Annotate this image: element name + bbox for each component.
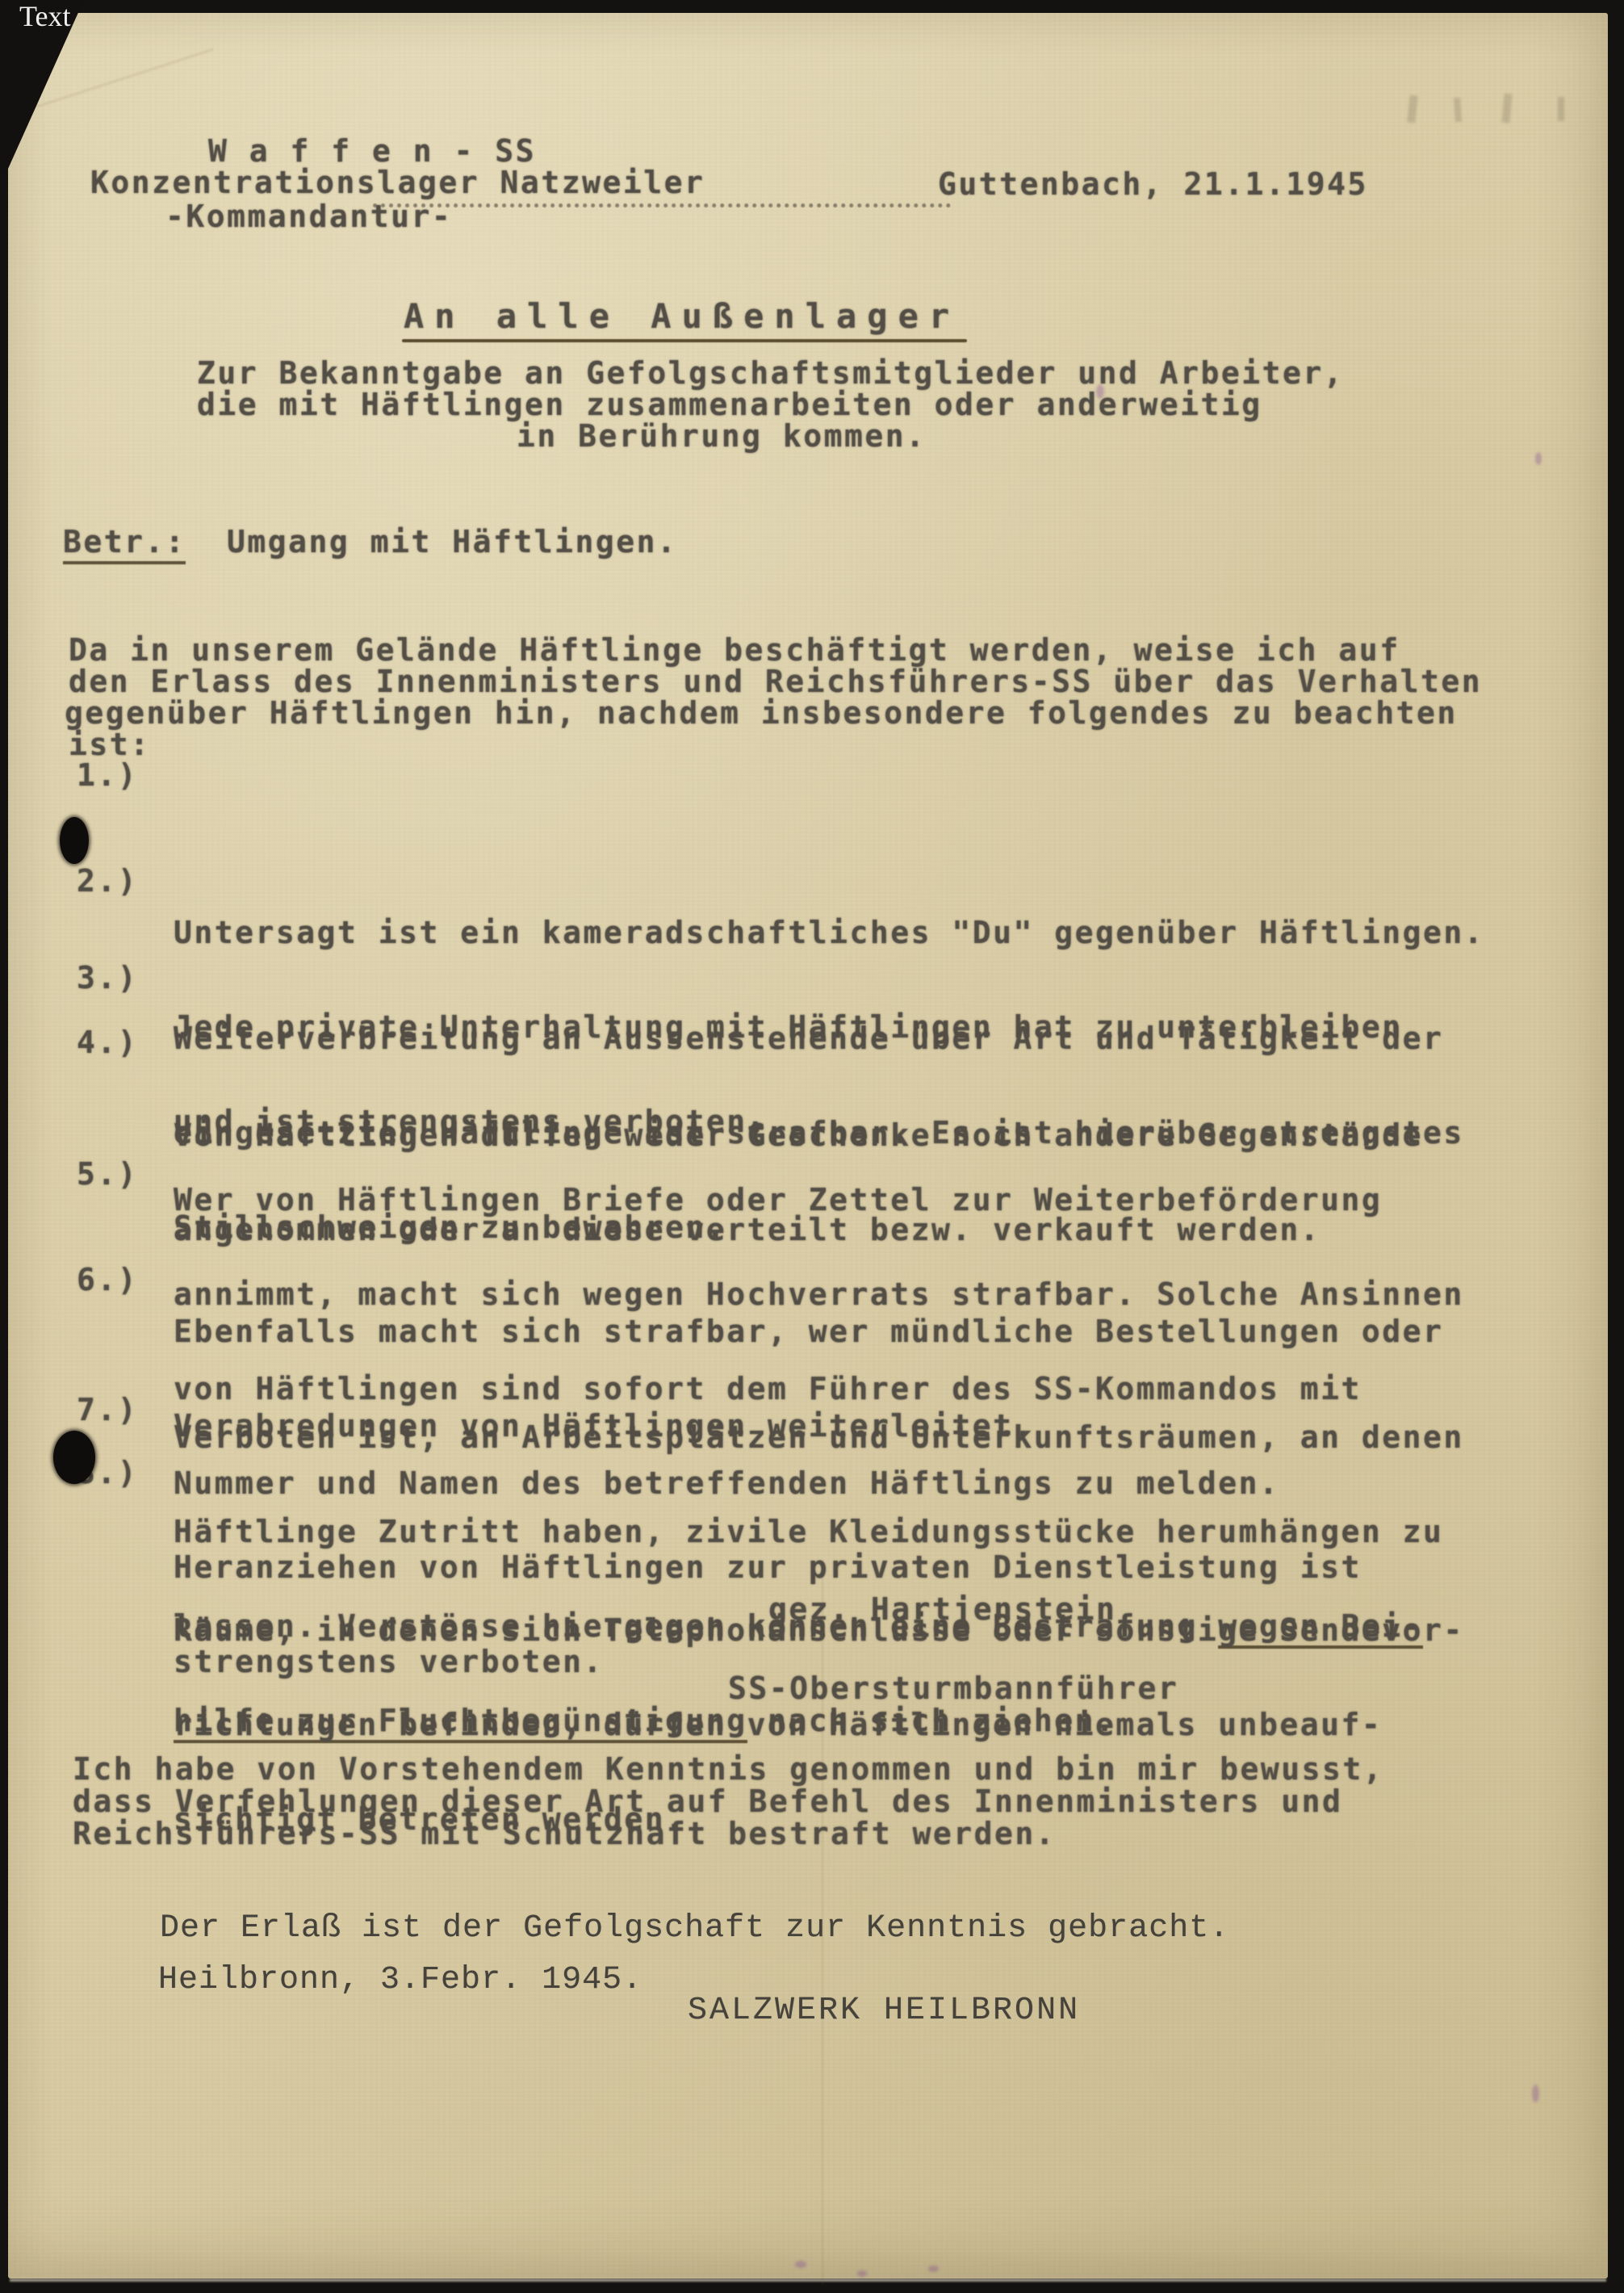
footer-place-date: Heilbronn, 3.Febr. 1945.: [158, 1964, 642, 1997]
pencil-mark: [1558, 97, 1564, 121]
item-number: 1.): [77, 760, 138, 791]
letterhead-unit: W a f f e n - SS: [208, 136, 536, 167]
intro-line: ist:: [69, 729, 151, 761]
item-number: 6.): [77, 1264, 138, 1296]
letterhead-dept: -Kommandantur-: [165, 201, 452, 233]
hole-punch: [60, 817, 89, 864]
subject-row: Betr.: Umgang mit Häftlingen.: [63, 526, 677, 558]
letterhead-camp: Konzentrationslager Natzweiler: [90, 167, 705, 199]
item-number: 2.): [77, 866, 138, 897]
stamp-trace: [857, 2270, 867, 2277]
item-number: 3.): [77, 962, 138, 994]
ink-smudge: [1532, 2085, 1539, 2102]
intro-line: gegenüber Häftlingen hin, nachdem insbes…: [65, 698, 1458, 729]
acknowledgment-line: Reichsführers-SS mit Schutzhaft bestraft…: [73, 1818, 1056, 1850]
subject-label: Betr.:: [63, 524, 186, 564]
place-date: Guttenbach, 21.1.1945: [938, 169, 1368, 200]
acknowledgment-line: Ich habe von Vorstehendem Kenntnis genom…: [73, 1754, 1383, 1785]
footer-notice: Der Erlaß ist der Gefolgschaft zur Kennt…: [160, 1912, 1229, 1946]
item-number: 7.): [77, 1394, 138, 1426]
distribution-line: in Berührung kommen.: [517, 421, 927, 452]
document-heading: An alle Außenlager: [404, 300, 960, 332]
paper-bottom-edge: [10, 2278, 1606, 2282]
hole-punch: [53, 1431, 95, 1484]
heading-underline: [402, 339, 967, 342]
intro-line: den Erlass des Innenministers und Reichs…: [69, 666, 1482, 698]
document-scan: Text W a f f e n - SS Konzentrationslage…: [0, 0, 1624, 2293]
acknowledgment-line: dass Verfehlungen dieser Art auf Befehl …: [73, 1786, 1342, 1817]
list-item: 8.) Räume, in denen sich Telephonanschlü…: [77, 1457, 1562, 1961]
item-number: 4.): [77, 1027, 138, 1058]
item-line: richtungen befinden, dürfen von Häftling…: [174, 1709, 1562, 1741]
signature-name: gez. Hartjenstein: [768, 1594, 1116, 1625]
stamp-trace: [928, 2266, 939, 2272]
signature-rank: SS-Obersturmbannführer: [728, 1673, 1178, 1704]
ink-smudge: [1535, 452, 1542, 465]
ink-smudge: [1096, 384, 1104, 399]
subject-text: Umgang mit Häftlingen.: [227, 524, 677, 560]
stamp-trace: [795, 2261, 806, 2268]
intro-line: Da in unserem Gelände Häftlinge beschäft…: [69, 635, 1400, 666]
scan-corner-label: Text: [19, 0, 70, 32]
distribution-line: Zur Bekanntgabe an Gefolgschaftsmitglied…: [197, 358, 1344, 389]
item-number: 5.): [77, 1159, 138, 1190]
subject-spacer: [186, 524, 227, 560]
footer-company: SALZWERK HEILBRONN: [688, 1994, 1080, 2028]
